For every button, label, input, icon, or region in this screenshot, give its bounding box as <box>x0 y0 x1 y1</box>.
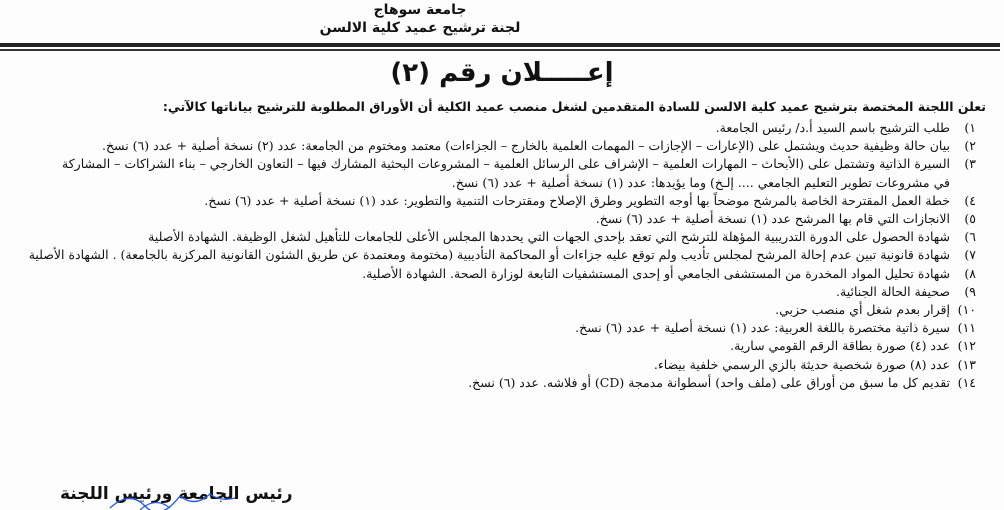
item-text: شهادة تحليل المواد المخدرة من المستشفى ا… <box>362 265 950 283</box>
item-number: ٢) <box>950 137 976 155</box>
list-item: ٣)السيرة الذاتية وتشتمل على (الأبحاث – ا… <box>29 155 976 173</box>
item-number: ٧) <box>950 246 976 264</box>
item-text: عدد (٤) صورة بطاقة الرقم القومي سارية. <box>730 337 950 355</box>
item-text: طلب الترشيح باسم السيد أ.د/ رئيس الجامعة… <box>716 119 950 137</box>
item-text: سيرة ذاتية مختصرة باللغة العربية: عدد (١… <box>575 319 950 337</box>
item-text: عدد (٨) صورة شخصية حديثة بالزي الرسمي خل… <box>654 356 950 374</box>
item-number: ١) <box>950 119 976 137</box>
item-number: ٨) <box>950 265 976 283</box>
committee-name: لجنة ترشيح عميد كلية الالسن <box>0 20 840 36</box>
item-number: ١٤) <box>950 374 976 392</box>
item-number: ١١) <box>950 319 976 337</box>
signature-scribble-icon <box>100 488 240 510</box>
list-item: ١)طلب الترشيح باسم السيد أ.د/ رئيس الجام… <box>29 119 976 137</box>
item-text: الانجازات التي قام بها المرشح عدد (١) نس… <box>596 210 950 228</box>
university-name: جامعة سوهاج <box>0 2 840 18</box>
list-item: ٨)شهادة تحليل المواد المخدرة من المستشفى… <box>29 265 976 283</box>
item-number: ٤) <box>950 192 976 210</box>
announcement-intro: تعلن اللجنة المختصة بترشيح عميد كلية الا… <box>163 99 986 114</box>
list-item: ١١)سيرة ذاتية مختصرة باللغة العربية: عدد… <box>29 319 976 337</box>
list-item: ١٠)إقرار بعدم شغل أي منصب حزبي. <box>29 301 976 319</box>
header-rule-thick <box>0 43 1000 47</box>
item-text: صحيفة الحالة الجنائية. <box>836 283 950 301</box>
item-number: ٥) <box>950 210 976 228</box>
item-number: ٣) <box>950 155 976 173</box>
item-number: ١٢) <box>950 337 976 355</box>
item-number: ٩) <box>950 283 976 301</box>
item-text: خطة العمل المقترحة الخاصة بالمرشح موضحاً… <box>204 192 950 210</box>
item-text: السيرة الذاتية وتشتمل على (الأبحاث – الم… <box>62 155 950 173</box>
list-item: ٤)خطة العمل المقترحة الخاصة بالمرشح موضح… <box>29 192 976 210</box>
list-item: ٩)صحيفة الحالة الجنائية. <box>29 283 976 301</box>
item-number: ٦) <box>950 228 976 246</box>
item-number: ١٣) <box>950 356 976 374</box>
list-item: ١٤)تقديم كل ما سبق من أوراق على (ملف واح… <box>29 374 976 392</box>
item-text: بيان حالة وظيفية حديث ويشتمل على (الإعار… <box>102 137 950 155</box>
list-item: ٥)الانجازات التي قام بها المرشح عدد (١) … <box>29 210 976 228</box>
announcement-title: إعـــــلان رقم (٢) <box>0 58 1004 88</box>
item-text: شهادة الحصول على الدورة التدريبية المؤهل… <box>148 228 950 246</box>
list-item: ٧)شهادة قانونية تبين عدم إحالة المرشح لم… <box>29 246 976 264</box>
item-number: ١٠) <box>950 301 976 319</box>
list-item: ٦)شهادة الحصول على الدورة التدريبية المؤ… <box>29 228 976 246</box>
list-item: ٢)بيان حالة وظيفية حديث ويشتمل على (الإع… <box>29 137 976 155</box>
list-item: ١٢)عدد (٤) صورة بطاقة الرقم القومي سارية… <box>29 337 976 355</box>
item-text: شهادة قانونية تبين عدم إحالة المرشح لمجل… <box>29 246 950 264</box>
item-text: إقرار بعدم شغل أي منصب حزبي. <box>775 301 950 319</box>
list-item-continuation: في مشروعات تطوير التعليم الجامعي .... إل… <box>29 174 976 192</box>
header-rule-thin <box>0 49 1000 51</box>
required-documents-list: ١)طلب الترشيح باسم السيد أ.د/ رئيس الجام… <box>29 119 976 392</box>
list-item: ١٣)عدد (٨) صورة شخصية حديثة بالزي الرسمي… <box>29 356 976 374</box>
item-text: تقديم كل ما سبق من أوراق على (ملف واحد) … <box>468 374 950 392</box>
